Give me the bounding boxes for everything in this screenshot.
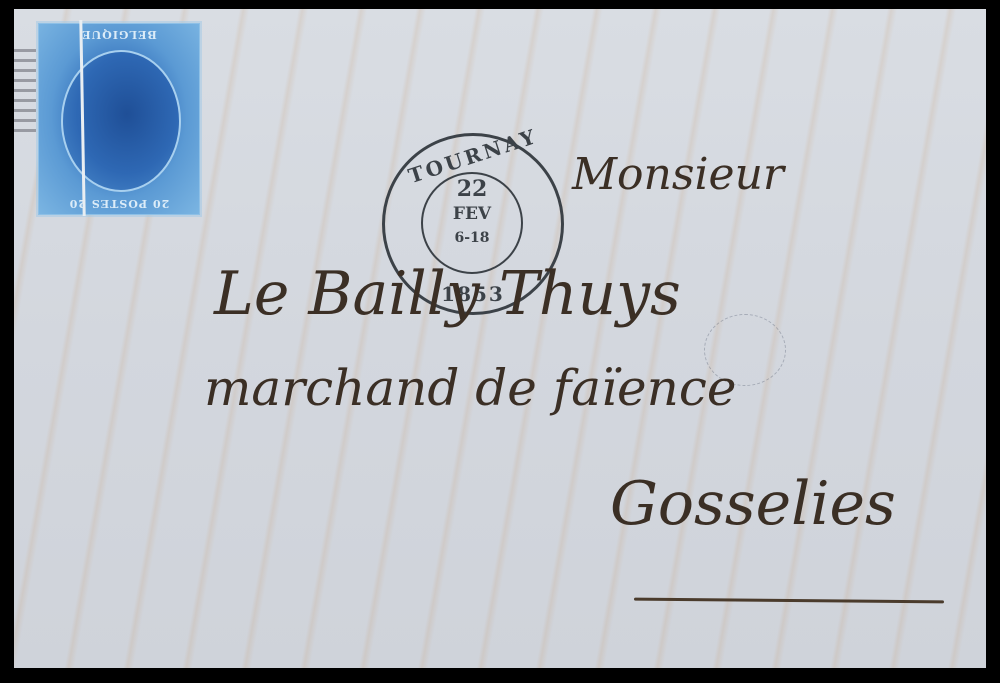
address-occupation: marchand de faïence	[204, 359, 736, 417]
postmark-time: 6-18	[423, 230, 521, 246]
stamp-bottom-text: 20 POSTES 20	[39, 197, 199, 210]
cancellation-bars	[14, 49, 36, 139]
address-town: Gosselies	[610, 469, 896, 539]
stamp-top-text: BELGIQUE	[39, 28, 199, 41]
address-salutation: Monsieur	[572, 149, 784, 200]
postage-stamp: BELGIQUE 20 POSTES 20	[38, 23, 200, 215]
postmark-day: 22	[423, 176, 521, 202]
postal-cover: BELGIQUE 20 POSTES 20 TOURNAY 22 FEV 6-1…	[14, 9, 986, 668]
stamp-portrait-oval	[61, 50, 181, 192]
postmark-month: FEV	[423, 204, 521, 224]
address-name: Le Bailly Thuys	[214, 259, 681, 329]
